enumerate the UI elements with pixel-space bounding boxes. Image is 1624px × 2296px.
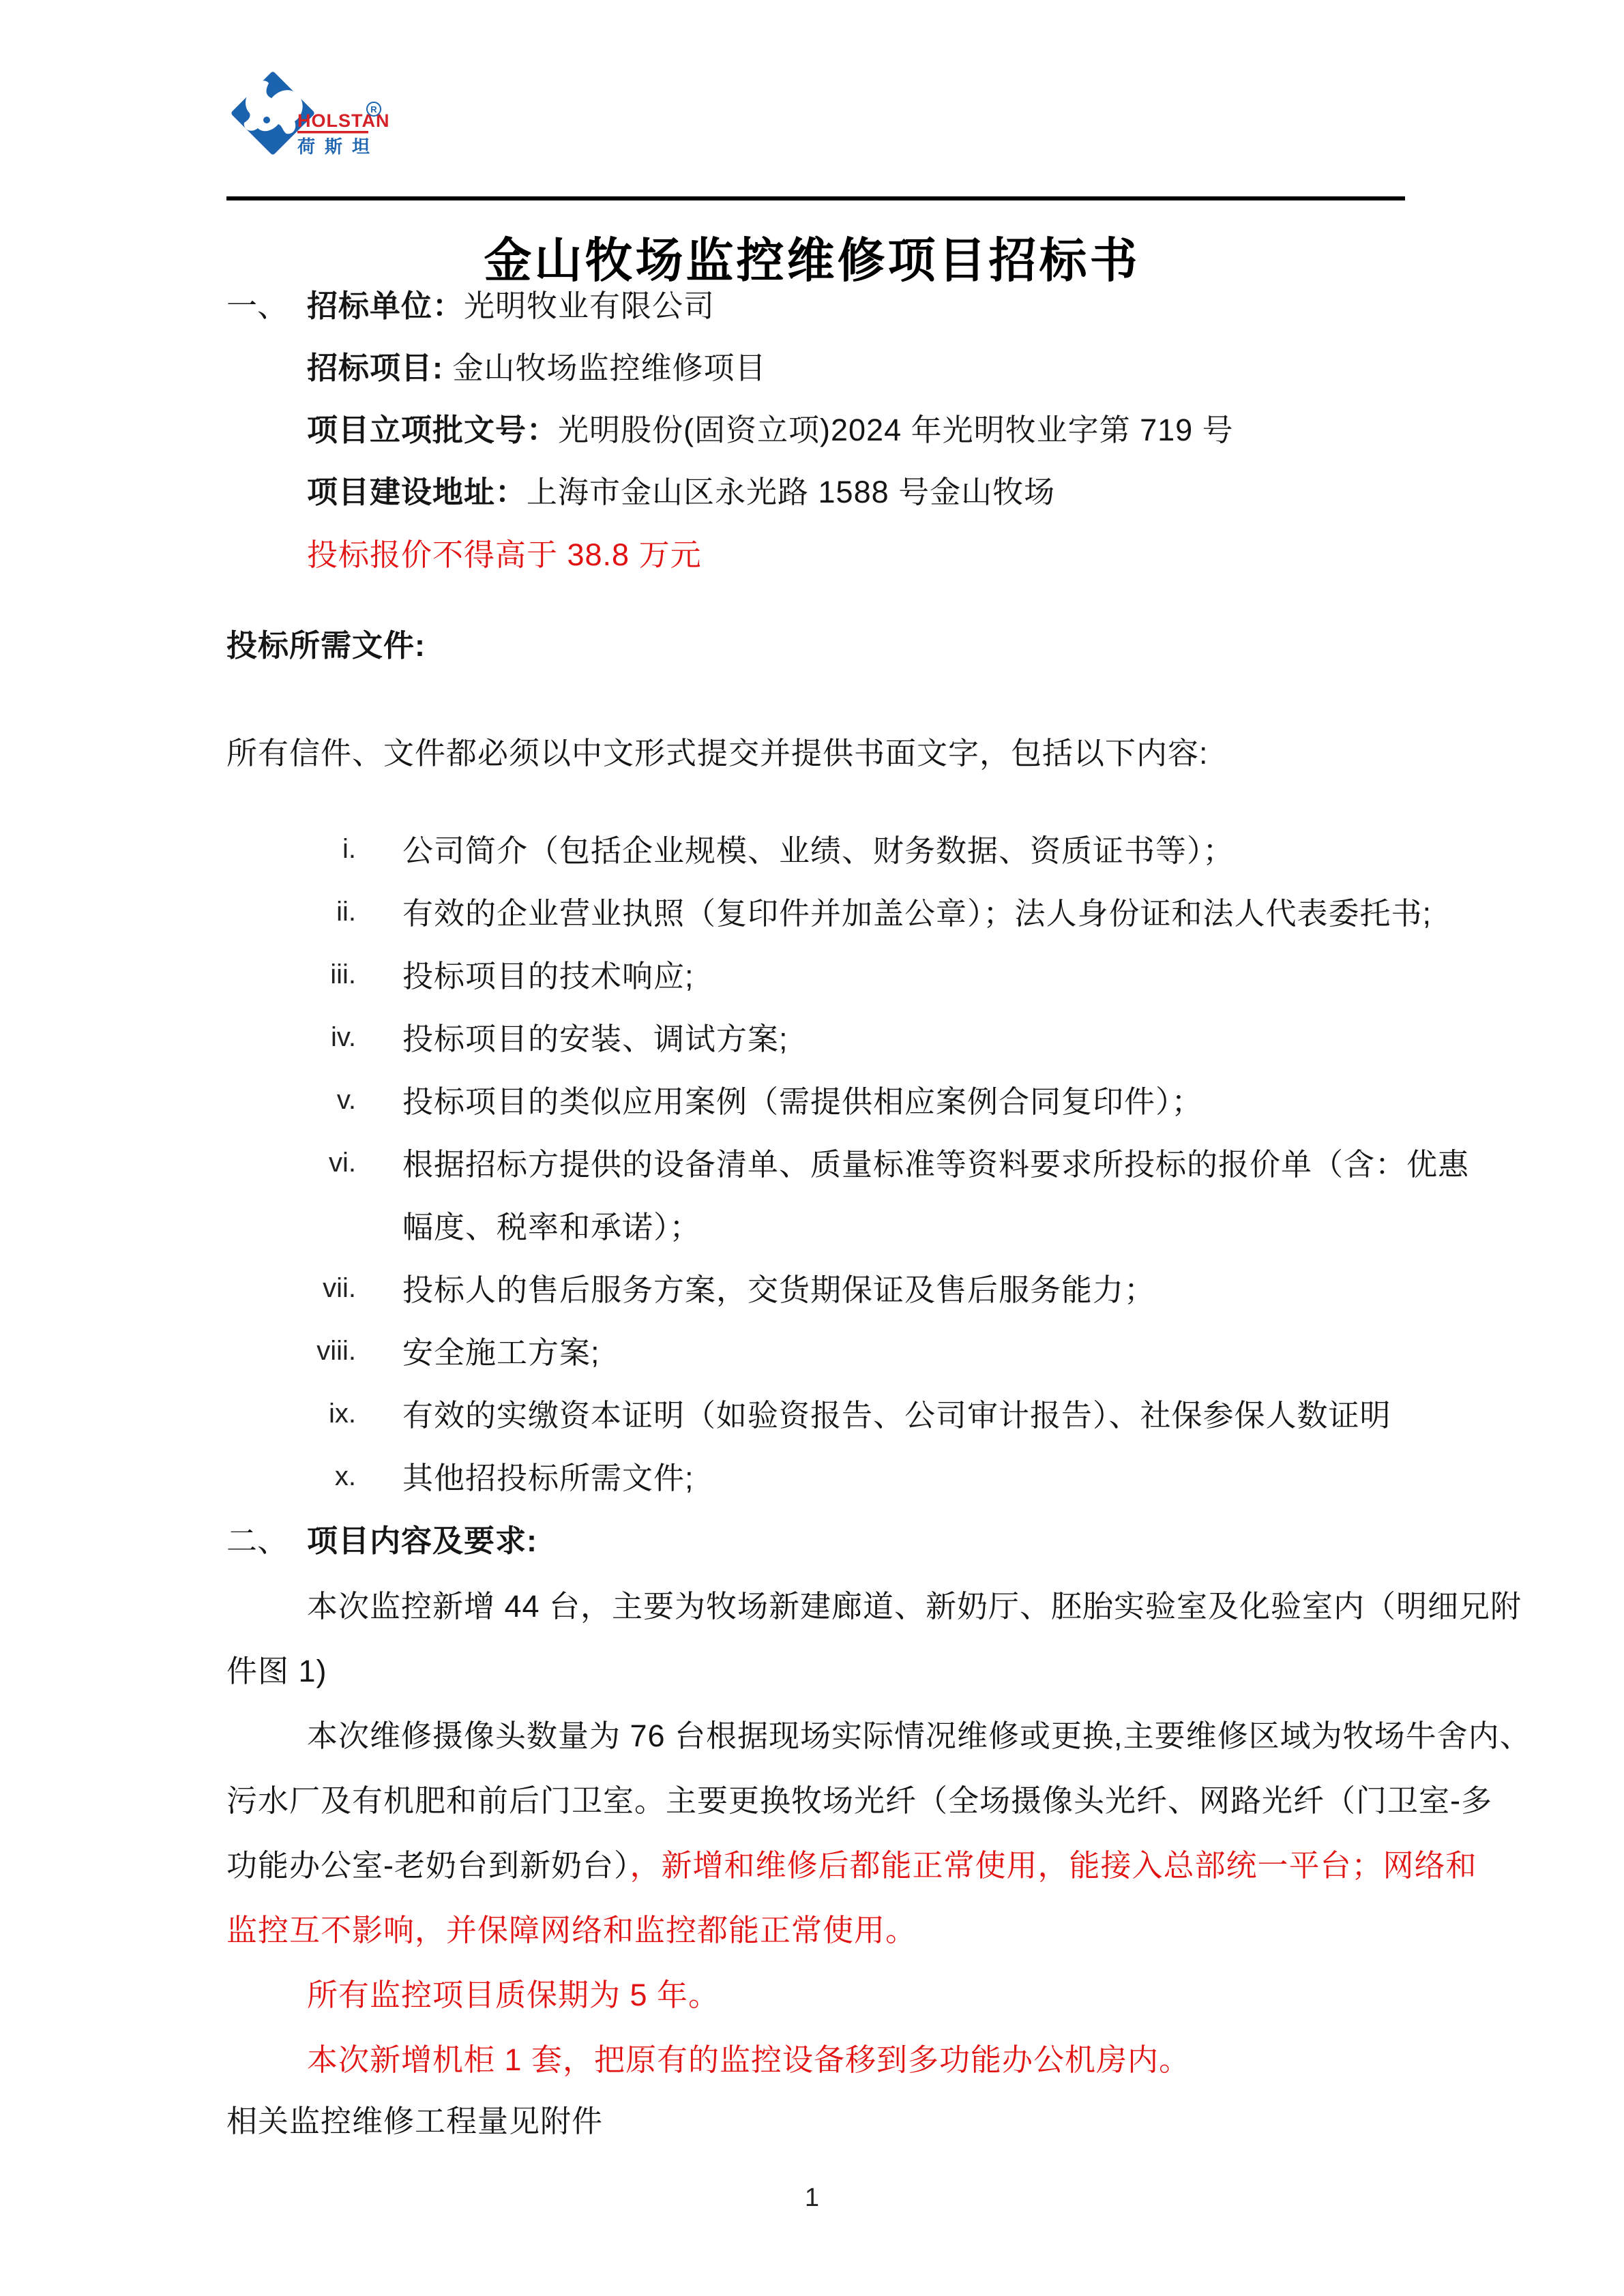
value-tender-project: 金山牧场监控维修项目 [453,351,767,385]
section2-heading: 项目内容及要求: [307,1523,537,1558]
label-tender-project: 招标项目: [307,351,453,385]
doc-item-1-number: i. [225,833,356,865]
para-new-cabinet: 本次新增机柜 1 套，把原有的监控设备移到多功能办公机房内。 [307,2042,1190,2078]
page-number: 1 [0,2183,1624,2213]
section1-line-project: 招标项目: 金山牧场监控维修项目 [307,351,767,386]
docs-note: 所有信件、文件都必须以中文形式提交并提供书面文字，包括以下内容: [226,736,1209,771]
para-repair-line4: 监控互不影响，并保障网络和监控都能正常使用。 [226,1913,917,1948]
section2-number: 二、 [226,1523,307,1559]
para-repair-line1: 本次维修摄像头数量为 76 台根据现场实际情况维修或更换,主要维修区域为牧场牛舍… [307,1718,1531,1754]
para-attachment-ref: 相关监控维修工程量见附件 [226,2104,603,2139]
label-approval-no: 项目立项批文号： [307,413,558,447]
doc-item-1-text: 公司简介（包括企业规模、业绩、财务数据、资质证书等）； [402,833,1235,869]
para-warranty: 所有监控项目质保期为 5 年。 [307,1978,720,2013]
para-repair-line3-red: ，新增和维修后都能正常使用，能接入总部统一平台；网络和 [630,1848,1477,1883]
label-site-address: 项目建设地址： [307,475,527,509]
header-divider [226,196,1405,200]
para-repair-line3-black: 功能办公室-老奶台到新奶台） [226,1848,630,1883]
doc-item-6-number: vi. [225,1147,356,1178]
section1-number: 一、 [226,288,307,324]
doc-item-5-text: 投标项目的类似应用案例（需提供相应案例合同复印件）； [402,1084,1203,1120]
doc-item-10-number: x. [225,1461,356,1492]
doc-item-9-text: 有效的实缴资本证明（如验资报告、公司审计报告）、社保参保人数证明 [402,1398,1391,1433]
doc-item-6-text: 根据招标方提供的设备清单、质量标准等资料要求所投标的报价单（含：优惠 [402,1147,1469,1182]
document-page: HOLSTAN R 荷斯坦 金山牧场监控维修项目招标书 一、招标单位：光明牧业有… [0,0,1624,2296]
section1-line-unit: 一、招标单位：光明牧业有限公司 [226,288,715,324]
doc-item-3-text: 投标项目的技术响应; [402,959,694,994]
doc-item-2-number: ii. [225,896,356,927]
doc-item-10-text: 其他招投标所需文件; [402,1461,694,1496]
doc-item-9-number: ix. [225,1398,356,1429]
doc-item-7-text: 投标人的售后服务方案，交货期保证及售后服务能力； [402,1272,1155,1308]
registered-mark-letter: R [370,104,377,115]
doc-item-5-number: v. [225,1084,356,1116]
section1-line-address: 项目建设地址：上海市金山区永光路 1588 号金山牧场 [307,475,1055,510]
doc-item-8-text: 安全施工方案; [402,1335,600,1371]
company-logo: HOLSTAN R 荷斯坦 [229,68,393,164]
value-site-address: 上海市金山区永光路 1588 号金山牧场 [527,475,1055,509]
value-tender-unit: 光明牧业有限公司 [464,288,715,323]
section1-line-approval-no: 项目立项批文号：光明股份(固资立项)2024 年光明牧业字第 719 号 [307,413,1234,448]
para-repair-line2: 污水厂及有机肥和前后门卫室。主要更换牧场光纤（全场摄像头光纤、网路光纤（门卫室-… [226,1783,1492,1819]
docs-heading: 投标所需文件: [226,628,426,664]
doc-item-2-text: 有效的企业营业执照（复印件并加盖公章）；法人身份证和法人代表委托书; [402,896,1432,931]
doc-item-6-text2: 幅度、税率和承诺）； [402,1210,701,1245]
document-title: 金山牧场监控维修项目招标书 [0,222,1624,291]
doc-item-8-number: viii. [225,1335,356,1367]
doc-item-4-text: 投标项目的安装、调试方案; [402,1022,788,1057]
section2-heading-line: 二、项目内容及要求: [226,1523,537,1559]
para-new-cameras-line1: 本次监控新增 44 台，主要为牧场新建廊道、新奶厅、胚胎实验室及化验室内（明细兄… [307,1589,1522,1624]
doc-item-7-number: vii. [225,1272,356,1304]
logo-brand-underline [297,131,368,134]
doc-item-3-number: iii. [225,959,356,990]
logo-brand-cn: 荷斯坦 [297,136,379,157]
para-repair-line3: 功能办公室-老奶台到新奶台），新增和维修后都能正常使用，能接入总部统一平台；网络… [226,1848,1477,1883]
value-approval-no: 光明股份(固资立项)2024 年光明牧业字第 719 号 [558,413,1234,447]
price-limit-note: 投标报价不得高于 38.8 万元 [307,537,702,573]
label-tender-unit: 招标单位： [307,288,464,323]
cow-eye-dot [263,117,270,123]
doc-item-4-number: iv. [225,1022,356,1053]
para-new-cameras-line2: 件图 1) [226,1654,327,1689]
